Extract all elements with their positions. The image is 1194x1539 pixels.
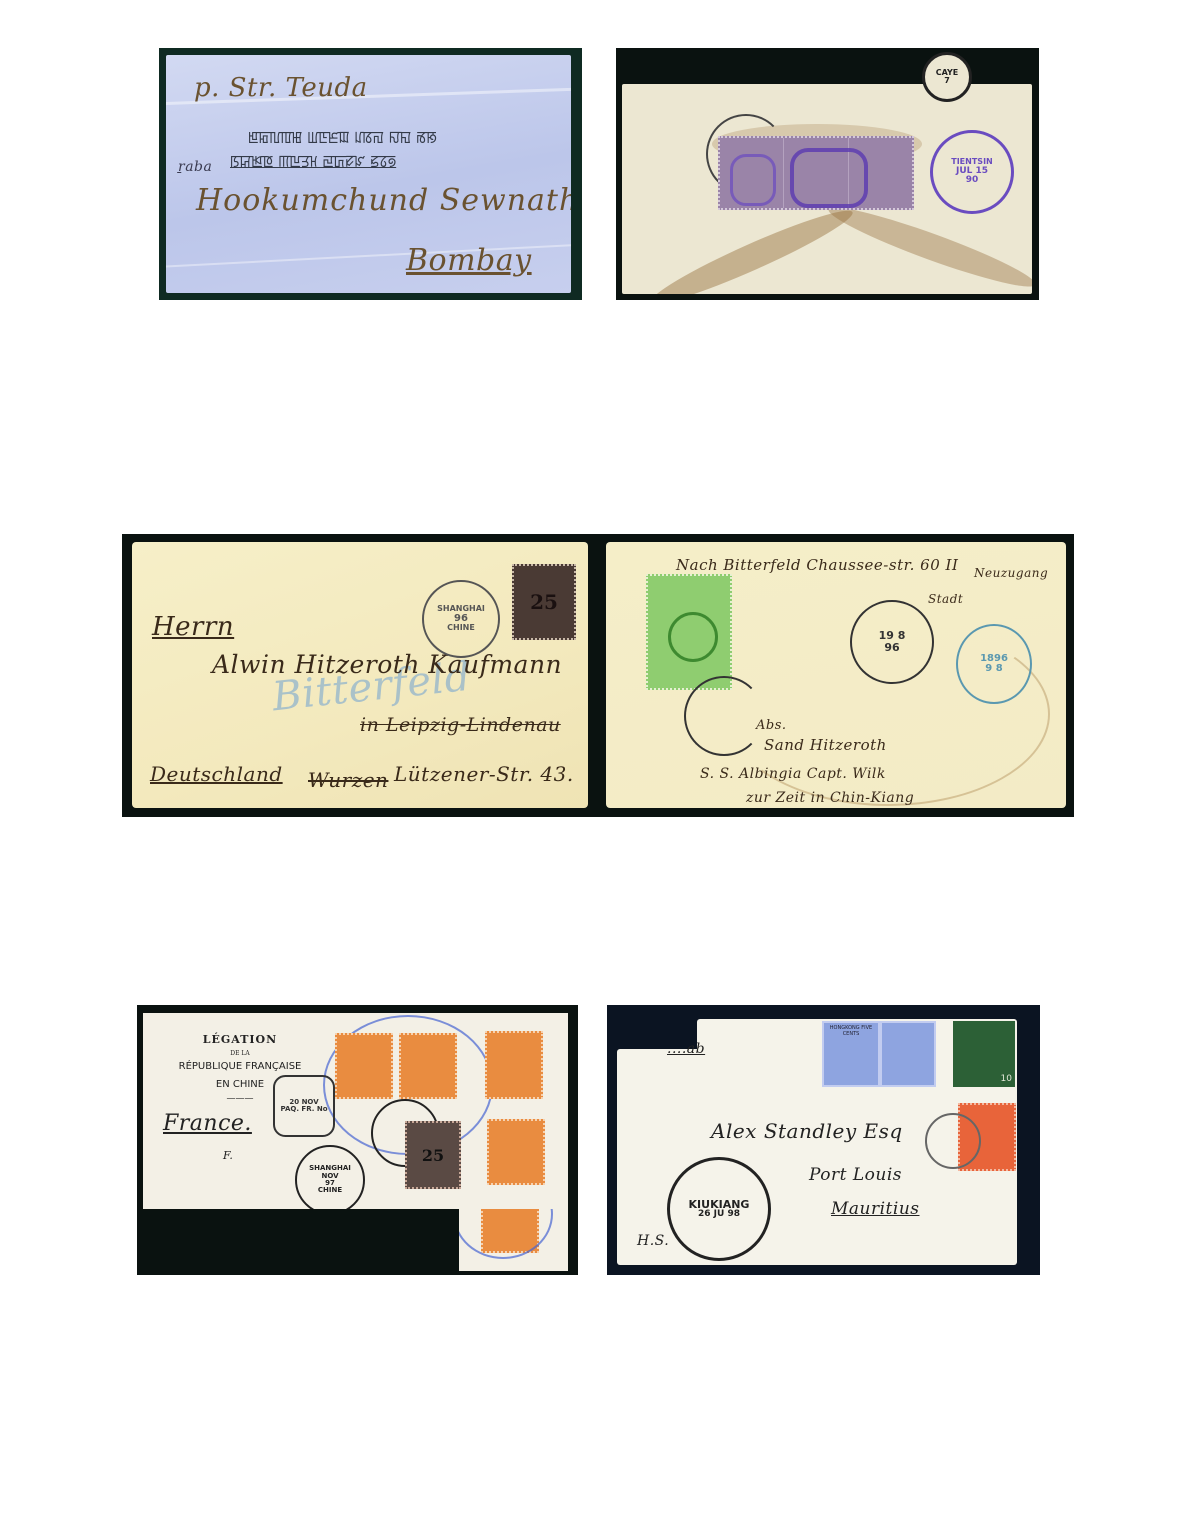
postmark-partial-right [925,1113,981,1169]
handwritten-ship: S. S. Albingia Capt. Wilk [700,766,886,782]
envelope-torn-flap [459,1209,568,1271]
handwritten-country: Mauritius [831,1199,920,1219]
handwritten-city: Bombay [406,243,532,278]
postmark-shanghai: SHANGHAI 96 CHINE [422,580,500,658]
envelope-back: Nach Bitterfeld Chaussee-str. 60 II Neuz… [606,542,1066,808]
handwritten-script-line-2: ꡑꡒꡓꡔ ꡕꡖꡗꡘ ꡙꡚꡛꡜ ꡝꡞꡟ [230,151,396,171]
handwritten-crossed-city: Wurzen [308,768,388,792]
stamp-sage-25: 25 [512,564,576,640]
handwritten-sender: Sand Hitzeroth [764,736,887,754]
postmark-leipzig-lindenau: 19 8 96 [850,600,934,684]
handwritten-stadt: Stadt [928,592,963,606]
postmark-paquebot: 20 NOV PAQ. FR. No [273,1075,335,1137]
handwritten-routing: p. Str. Teuda [194,73,368,103]
handwritten-name: Alwin Hitzeroth Kaufmann [212,650,562,679]
postmark-kiukiang: KIUKIANG 26 JU 98 [667,1157,771,1261]
postmark-bitterfeld [684,676,764,756]
stamp-dragon [487,1119,545,1185]
envelope-paper: TIENTSIN JUL 15 90 [622,84,1032,294]
stamp-dragon [335,1033,393,1099]
handwritten-addressee: Hookumchund Sewnath Esq. [196,183,571,218]
handwritten-salutation: Herrn [152,612,234,642]
handwritten-script-line-1: ꡁꡂꡃꡄꡅ ꡆꡇꡈꡉ ꡊꡋꡌ ꡍꡎ ꡏꡐ [248,127,437,147]
postmark-shanghai-chine: SHANGHAI NOV 97 CHINE [295,1145,365,1209]
handwritten-initial: F. [223,1149,233,1162]
cover-kiukiang-mauritius: ....ab HONGKONG FIVE CENTS 10 Alex Stand… [607,1005,1040,1275]
cover-tientsin-back: TIENTSIN JUL 15 90 CAYE 7 [616,48,1039,300]
handwritten-prefix: ṟaba [178,159,212,175]
handwritten-country: Deutschland [150,762,283,786]
envelope-paper: p. Str. Teuda ꡁꡂꡃꡄꡅ ꡆꡇꡈꡉ ꡊꡋꡌ ꡍꡎ ꡏꡐ ꡑꡒꡓꡔ … [166,55,571,293]
handwritten-torn-top: ....ab [667,1041,705,1057]
handwritten-abs: Abs. [756,718,787,733]
envelope-front: Bitterfeld Herrn Alwin Hitzeroth Kaufman… [132,542,588,808]
stamp-green-10: 10 [953,1021,1015,1087]
postmark-caye: CAYE 7 [922,52,972,102]
handwritten-address: Lützener-Str. 43. [394,762,574,786]
postmark-tientsin: TIENTSIN JUL 15 90 [930,130,1014,214]
stamp-shanghai-local-post [646,574,732,690]
handwritten-destination: France. [163,1111,252,1136]
cover-shanghai-leipzig: Bitterfeld Herrn Alwin Hitzeroth Kaufman… [122,534,1074,817]
stamp-sage-25: 25 [405,1121,461,1189]
cover-legation-france: LÉGATION DE LA RÉPUBLIQUE FRANÇAISE EN C… [137,1005,578,1275]
handwritten-forwarding-aside: Neuzugang [974,566,1048,580]
stamp-dragon [485,1031,543,1099]
handwritten-city: Port Louis [809,1165,902,1185]
handwritten-location: zur Zeit in Chin-Kiang [746,790,914,806]
postmark-stolberg: 1896 9 8 [956,624,1032,704]
stamp-hongkong-five-cents: HONGKONG FIVE CENTS [822,1021,880,1087]
envelope-paper: LÉGATION DE LA RÉPUBLIQUE FRANÇAISE EN C… [143,1013,568,1209]
stamp-lilac-strip [718,136,914,210]
stamp-dragon [399,1033,457,1099]
handwritten-initials: H.S. [637,1233,669,1249]
handwritten-addressee: Alex Standley Esq [711,1119,903,1143]
cover-bombay-front: p. Str. Teuda ꡁꡂꡃꡄꡅ ꡆꡇꡈꡉ ꡊꡋꡌ ꡍꡎ ꡏꡐ ꡑꡒꡓꡔ … [159,48,582,300]
handwritten-forwarding: Nach Bitterfeld Chaussee-str. 60 II [676,556,958,574]
stamp-hongkong-five-cents [880,1021,936,1087]
handwritten-street: in Leipzig-Lindenau [360,714,561,736]
